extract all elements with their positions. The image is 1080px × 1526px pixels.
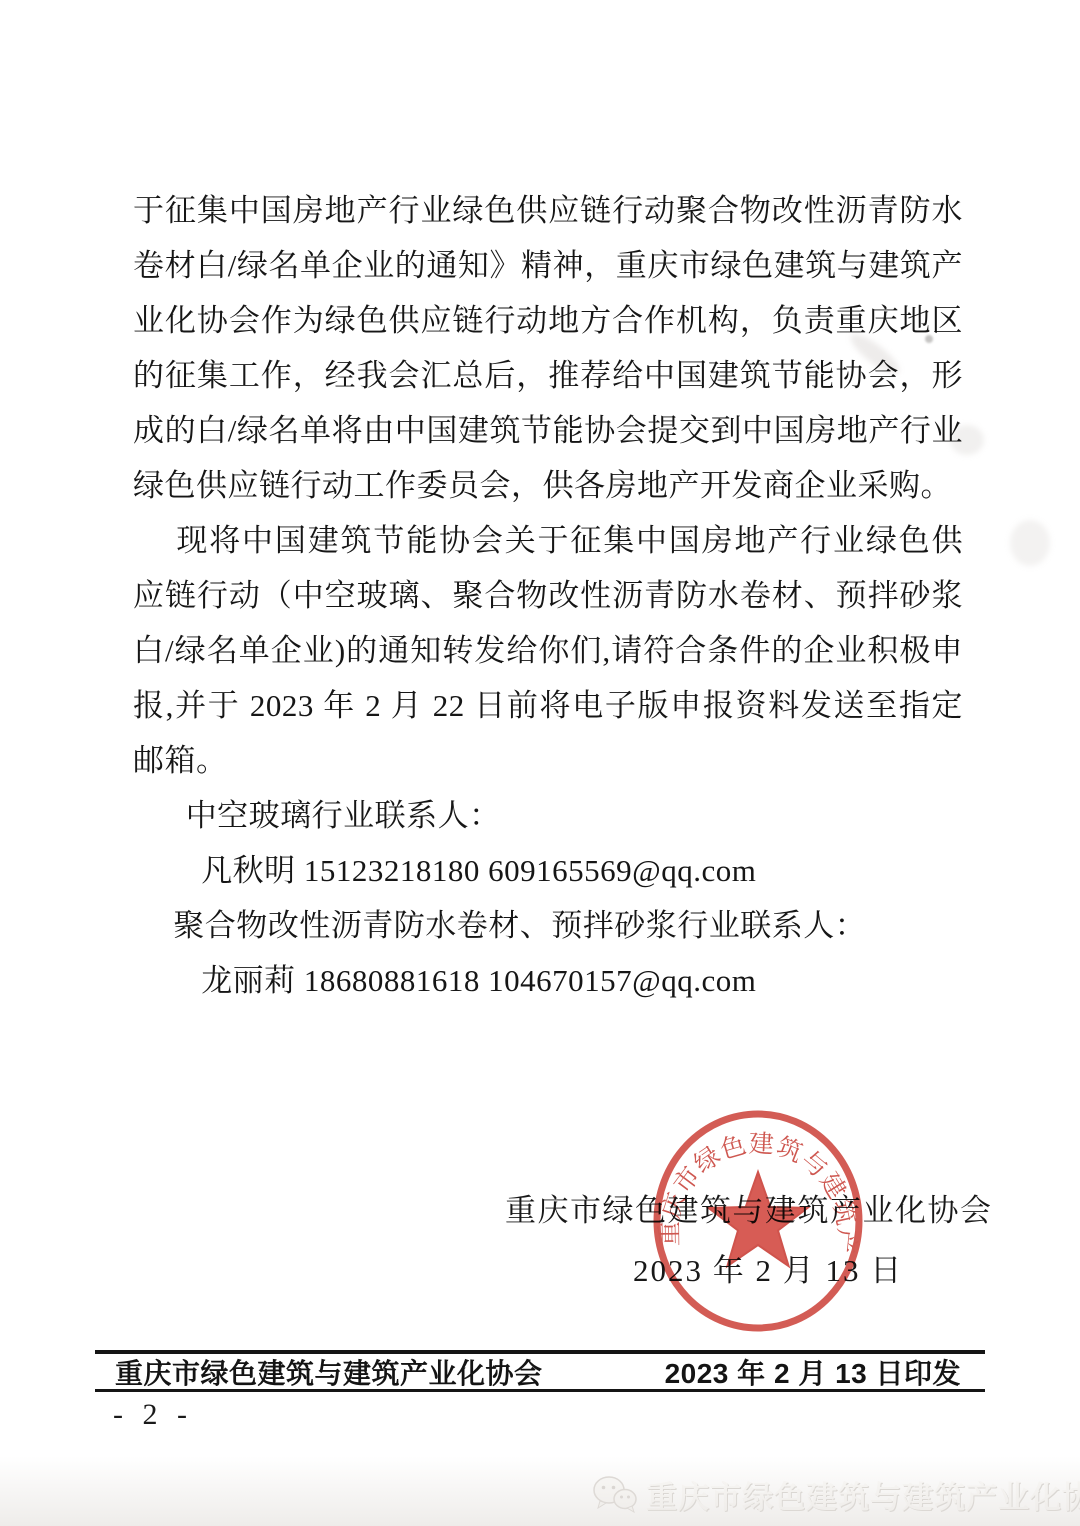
body-paragraph: 于征集中国房地产行业绿色供应链行动聚合物改性沥青防水卷材白/绿名单企业的通知》精… [133, 183, 963, 513]
page-number: - 2 - [113, 1398, 193, 1432]
colophon-print-date: 2023 年 2 月 13 日印发 [665, 1352, 961, 1392]
wechat-icon [592, 1475, 638, 1515]
signature-date: 2023 年 2 月 13 日 [633, 1245, 903, 1290]
document-body: 于征集中国房地产行业绿色供应链行动聚合物改性沥青防水卷材白/绿名单企业的通知》精… [133, 183, 963, 1008]
colophon: 重庆市绿色建筑与建筑产业化协会 2023 年 2 月 13 日印发 [95, 1350, 985, 1392]
colophon-issuer: 重庆市绿色建筑与建筑产业化协会 [115, 1352, 543, 1392]
contact-heading-glass: 中空玻璃行业联系人： [133, 788, 963, 843]
scan-artifact [1010, 520, 1050, 566]
body-paragraph: 现将中国建筑节能协会关于征集中国房地产行业绿色供应链行动（中空玻璃、聚合物改性沥… [133, 513, 963, 788]
document-page: 于征集中国房地产行业绿色供应链行动聚合物改性沥青防水卷材白/绿名单企业的通知》精… [0, 0, 1080, 1526]
contact-line-waterproof: 龙丽莉 18680881618 104670157@qq.com [133, 953, 963, 1008]
seal-text: 重庆市绿色建筑与建筑产业化协会 [648, 1106, 861, 1256]
signature-organization: 重庆市绿色建筑与建筑产业化协会 [505, 1185, 993, 1230]
contact-line-glass: 凡秋明 15123218180 609165569@qq.com [133, 843, 963, 898]
contact-heading-waterproof: 聚合物改性沥青防水卷材、预拌砂浆行业联系人： [133, 898, 963, 953]
watermark: 重庆市绿色建筑与建筑产业化协会 [592, 1472, 1080, 1517]
watermark-label: 重庆市绿色建筑与建筑产业化协会 [646, 1472, 1080, 1517]
